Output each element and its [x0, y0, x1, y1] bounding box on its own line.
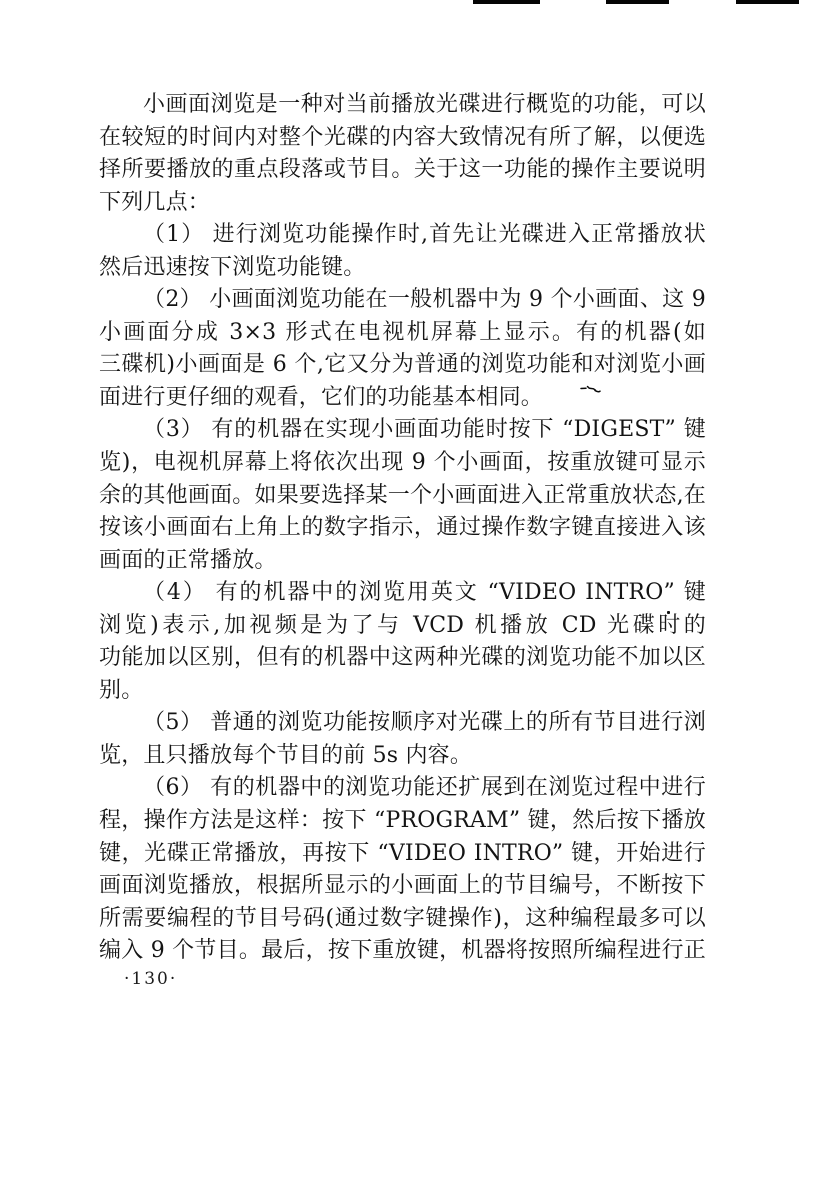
text-line: （5） 普通的浏览功能按顺序对光碟上的所有节目进行浏	[99, 707, 706, 740]
text-line: 小画面分成 3×3 形式在电视机屏幕上显示。有的机器(如 JVC	[99, 317, 706, 350]
paragraph: （3） 有的机器在实现小画面功能时按下 “DIGEST” 键(浏览)，电视机屏幕…	[99, 414, 706, 577]
text-line: 浏览)表示,加视频是为了与 VCD 机播放 CD 光碟时的 INTRO	[99, 610, 706, 643]
scan-artifact-bar	[606, 0, 669, 4]
paragraph: （2） 小画面浏览功能在一般机器中为 9 个小画面、这 9 个小画面分成 3×3…	[99, 284, 706, 414]
scan-artifact-bar	[473, 0, 540, 4]
text-line: 编入 9 个节目。最后，按下重放键，机器将按照所编程进行正	[99, 935, 706, 968]
text-line: 三碟机)小画面是 6 个,它又分为普通的浏览功能和对浏览小画	[99, 349, 706, 382]
page-number: ·130·	[124, 969, 177, 989]
text-line: （3） 有的机器在实现小画面功能时按下 “DIGEST” 键(浏	[99, 414, 706, 447]
text-line: 画面的正常播放。	[99, 545, 706, 578]
text-line: 键，光碟正常播放，再按下 “VIDEO INTRO” 键，开始进行小	[99, 838, 706, 871]
text-line: 然后迅速按下浏览功能键。	[99, 252, 706, 285]
text-line: 在较短的时间内对整个光碟的内容大致情况有所了解，以便选	[99, 122, 706, 155]
text-line: 程，操作方法是这样：按下 “PROGRAM” 键，然后按下播放	[99, 805, 706, 838]
text-line: 览，且只播放每个节目的前 5s 内容。	[99, 740, 706, 773]
scan-artifact-bar	[736, 0, 799, 4]
text-line: （1） 进行浏览功能操作时,首先让光碟进入正常播放状态，	[99, 219, 706, 252]
paragraph: （5） 普通的浏览功能按顺序对光碟上的所有节目进行浏览，且只播放每个节目的前 5…	[99, 707, 706, 772]
text-line: 择所要播放的重点段落或节目。关于这一功能的操作主要说明	[99, 154, 706, 187]
text-line: 面进行更仔细的观看，它们的功能基本相同。	[99, 382, 706, 415]
paragraph: （6） 有的机器中的浏览功能还扩展到在浏览过程中进行编程，操作方法是这样：按下 …	[99, 772, 706, 967]
text-line: 功能加以区别，但有的机器中这两种光碟的浏览功能不加以区	[99, 642, 706, 675]
paragraph: （1） 进行浏览功能操作时,首先让光碟进入正常播放状态，然后迅速按下浏览功能键。	[99, 219, 706, 284]
text-line: 所需要编程的节目号码(通过数字键操作)，这种编程最多可以	[99, 903, 706, 936]
text-line: 下列几点：	[99, 187, 706, 220]
text-line: （4） 有的机器中的浏览用英文 “VIDEO INTRO” 键(视频	[99, 577, 706, 610]
text-line: （6） 有的机器中的浏览功能还扩展到在浏览过程中进行编	[99, 772, 706, 805]
scanned-book-page: 小画面浏览是一种对当前播放光碟进行概览的功能，可以在较短的时间内对整个光碟的内容…	[0, 0, 818, 1200]
ink-speck-artifact	[667, 611, 670, 614]
text-line: 按该小画面右上角上的数字指示，通过操作数字键直接进入该	[99, 512, 706, 545]
text-line: 余的其他画面。如果要选择某一个小画面进入正常重放状态,在	[99, 480, 706, 513]
text-line: 画面浏览播放，根据所显示的小画面上的节目编号，不断按下	[99, 870, 706, 903]
text-line: 别。	[99, 675, 706, 708]
text-line: 小画面浏览是一种对当前播放光碟进行概览的功能，可以	[99, 89, 706, 122]
text-line: 览)，电视机屏幕上将依次出现 9 个小画面，按重放键可显示剩	[99, 447, 706, 480]
paragraph: 小画面浏览是一种对当前播放光碟进行概览的功能，可以在较短的时间内对整个光碟的内容…	[99, 89, 706, 219]
ink-smudge-artifact	[580, 384, 604, 396]
paragraph: （4） 有的机器中的浏览用英文 “VIDEO INTRO” 键(视频浏览)表示,…	[99, 577, 706, 707]
body-text: 小画面浏览是一种对当前播放光碟进行概览的功能，可以在较短的时间内对整个光碟的内容…	[99, 89, 706, 968]
text-line: （2） 小画面浏览功能在一般机器中为 9 个小画面、这 9 个	[99, 284, 706, 317]
